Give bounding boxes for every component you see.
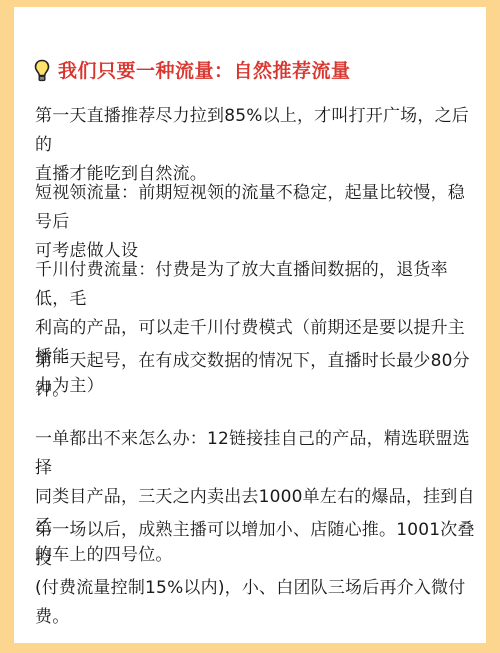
text-line: 第一天起号，在有成交数据的情况下，直播时长最少80分 (35, 347, 475, 376)
paragraph-live-recommend: 第一天直播推荐尽力拉到85%以上，才叫打开广场，之后的 直播才能吃到自然流。 (35, 102, 475, 189)
lightbulb-icon (34, 59, 50, 83)
text-line: 第一天直播推荐尽力拉到85%以上，才叫打开广场，之后的 (35, 102, 475, 160)
paragraph-first-day-start: 第一天起号，在有成交数据的情况下，直播时长最少80分 钟。 (35, 347, 475, 405)
page-title: 我们只要一种流量：自然推荐流量 (58, 56, 351, 86)
text-line: 一单都出不来怎么办：12链接挂自己的产品，精选联盟选择 (35, 425, 475, 483)
text-line: (付费流量控制15%以内)，小、白团队三场后再介入微付费。 (35, 574, 475, 632)
paragraph-short-video-traffic: 短视领流量：前期短视领的流量不稳定，起量比较慢，稳号后 可考虑做人设 (35, 179, 475, 266)
paragraph-after-first-session: 第一场以后，成熟主播可以增加小、店随心推。1001次叠投 (付费流量控制15%以… (35, 516, 475, 632)
title-row: 我们只要一种流量：自然推荐流量 (34, 56, 351, 86)
text-line: 短视领流量：前期短视领的流量不稳定，起量比较慢，稳号后 (35, 179, 475, 237)
text-line: 钟。 (35, 376, 475, 405)
text-line: 第一场以后，成熟主播可以增加小、店随心推。1001次叠投 (35, 516, 475, 574)
text-line: 千川付费流量：付费是为了放大直播间数据的，退货率低，毛 (35, 256, 475, 314)
content-card: 我们只要一种流量：自然推荐流量 第一天直播推荐尽力拉到85%以上，才叫打开广场，… (14, 7, 486, 643)
